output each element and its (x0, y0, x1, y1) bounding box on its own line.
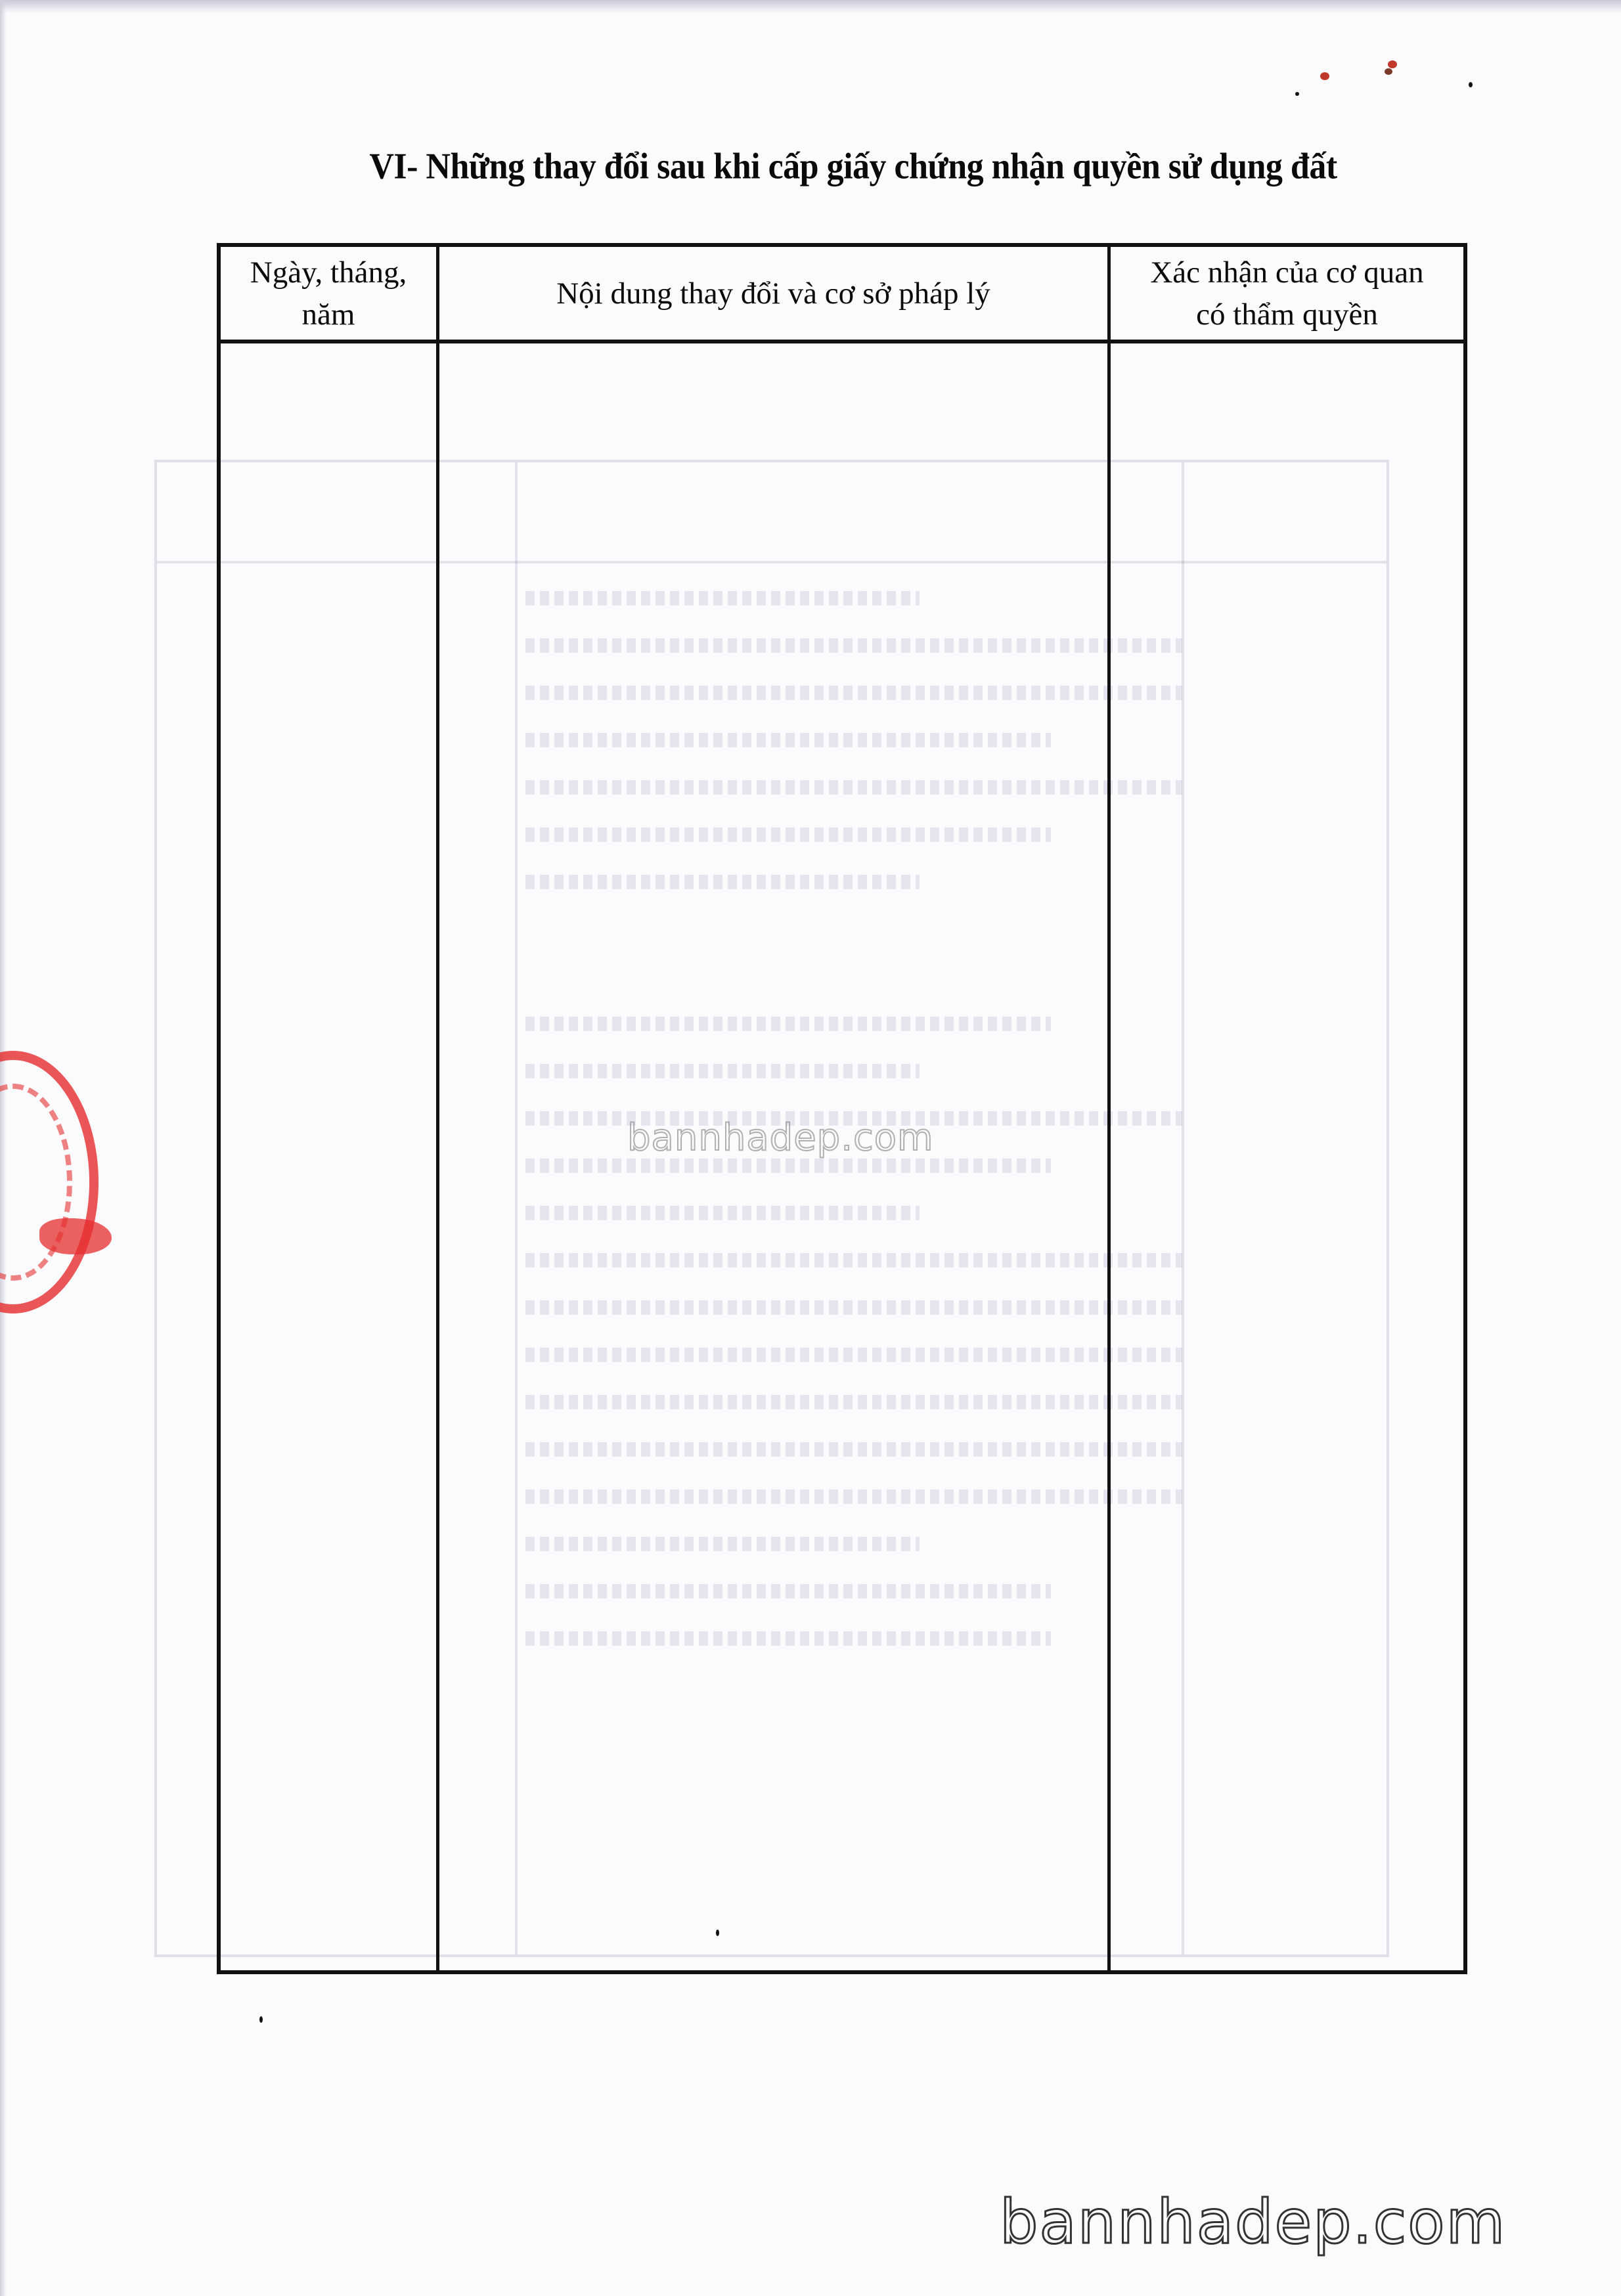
ink-speck (1295, 92, 1299, 96)
column-header-content-label: Nội dung thay đổi và cơ sở pháp lý (556, 273, 990, 315)
red-seal-emblem (39, 1218, 112, 1254)
ink-speck (1320, 72, 1329, 80)
ink-speck (259, 2016, 263, 2023)
scan-edge-shadow-top (0, 0, 1621, 13)
watermark-bottom-right: bannhadep.com (1000, 2187, 1506, 2257)
column-header-confirmation-label: Xác nhận của cơ quan có thẩm quyền (1150, 252, 1423, 336)
watermark-center: bannhadep.com (627, 1116, 934, 1159)
changes-table: Ngày, tháng, năm Nội dung thay đổi và cơ… (217, 243, 1467, 1974)
ink-speck (1385, 68, 1392, 75)
column-header-content: Nội dung thay đổi và cơ sở pháp lý (439, 247, 1107, 340)
ink-speck (1469, 82, 1473, 87)
table-cell-confirmation (1111, 343, 1463, 1970)
table-cell-date (221, 343, 436, 1970)
column-header-date-label: Ngày, tháng, năm (250, 252, 407, 336)
ink-speck (1388, 60, 1397, 68)
column-header-date: Ngày, tháng, năm (221, 247, 436, 340)
section-title: VI- Những thay đổi sau khi cấp giấy chứn… (0, 146, 1621, 188)
column-header-confirmation: Xác nhận của cơ quan có thẩm quyền (1111, 247, 1463, 340)
